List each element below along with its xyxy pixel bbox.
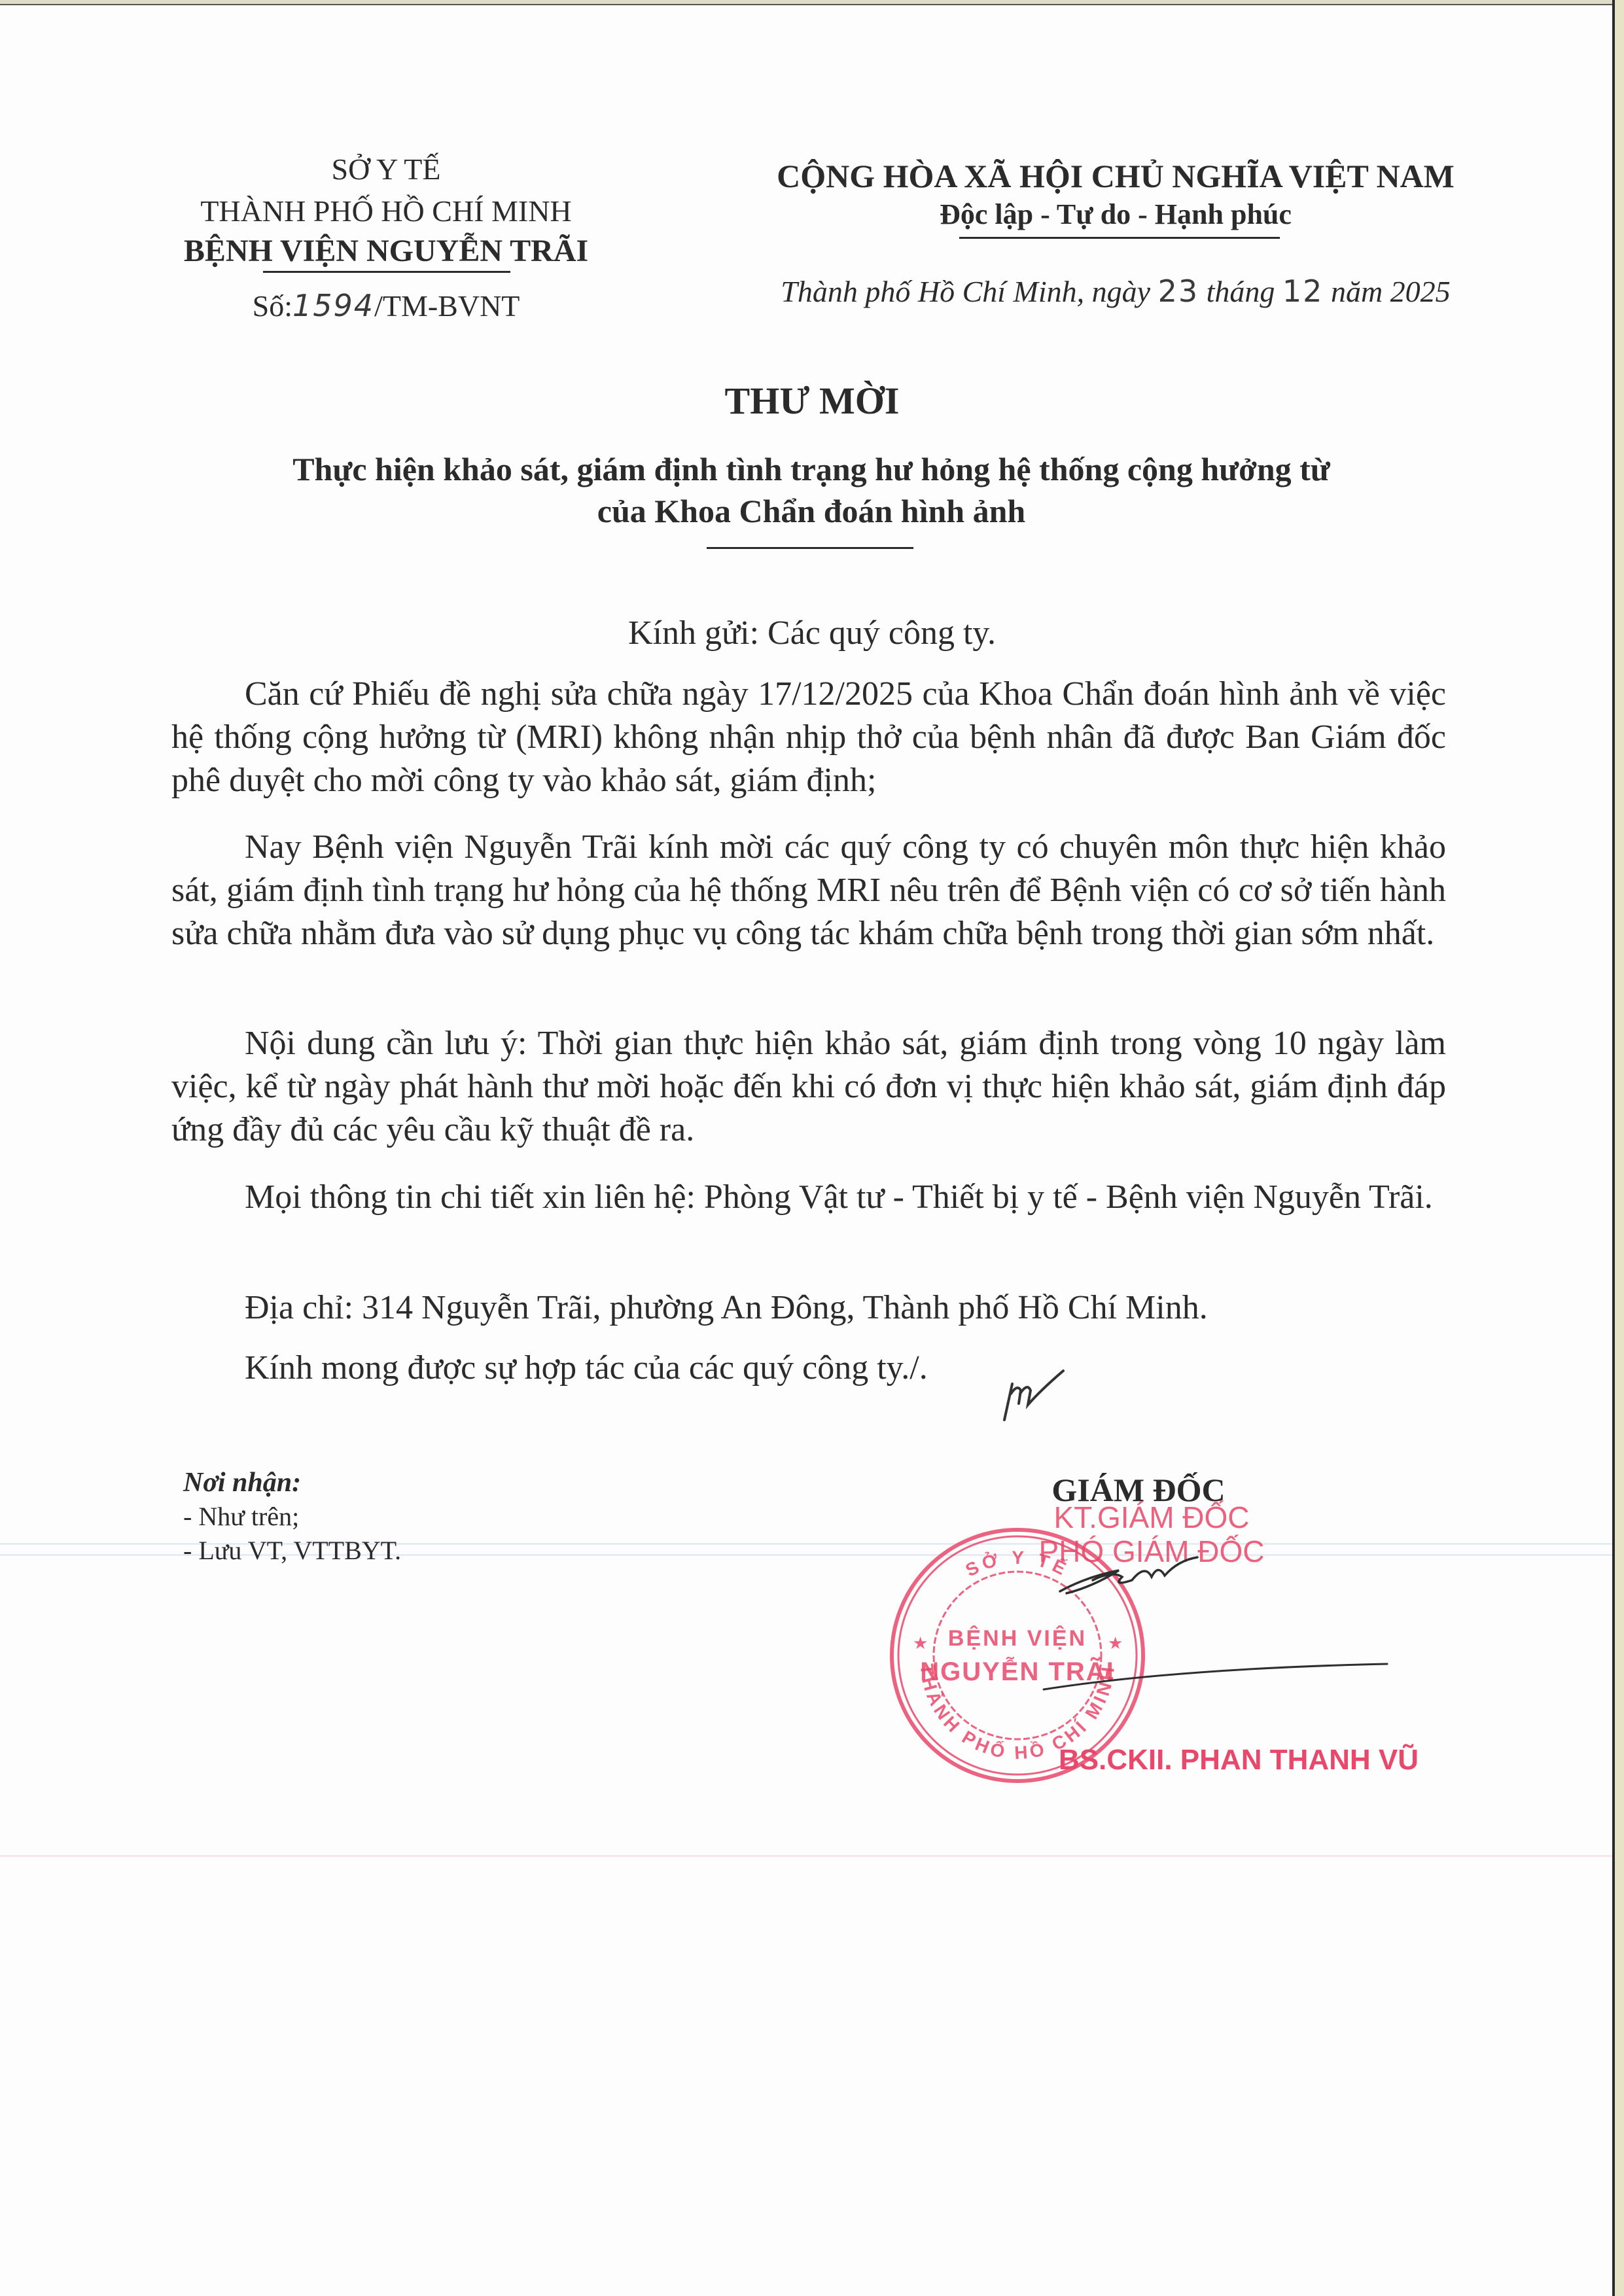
scan-band <box>0 1855 1612 1857</box>
organization-name: BỆNH VIỆN NGUYỄN TRÃI <box>157 236 615 267</box>
handwritten-signature <box>981 1551 1439 1721</box>
paragraph-text: Căn cứ Phiếu đề nghị sửa chữa ngày 17/12… <box>171 673 1446 802</box>
body-paragraph-1: Căn cứ Phiếu đề nghị sửa chữa ngày 17/12… <box>171 673 1446 802</box>
body-paragraph-2: Nay Bệnh viện Nguyễn Trãi kính mời các q… <box>171 826 1446 955</box>
recipients-block: Nơi nhận: - Như trên; - Lưu VT, VTTBYT. <box>183 1466 401 1568</box>
agency-name: SỞ Y TẾ <box>157 154 615 185</box>
paragraph-text: Mọi thông tin chi tiết xin liên hệ: Phòn… <box>171 1176 1446 1219</box>
body-paragraph-4: Mọi thông tin chi tiết xin liên hệ: Phòn… <box>171 1176 1446 1219</box>
document-title: THƯ MỜI <box>0 382 1624 420</box>
document-date: Thành phố Hồ Chí Minh, ngày 23 tháng 12 … <box>694 276 1538 307</box>
city-name: THÀNH PHỐ HỒ CHÍ MINH <box>157 196 615 226</box>
date-month-label: tháng <box>1207 275 1275 308</box>
paragraph-text: Nay Bệnh viện Nguyễn Trãi kính mời các q… <box>171 826 1446 955</box>
number-suffix: /TM-BVNT <box>374 289 520 323</box>
recipients-label: Nơi nhận: <box>183 1466 401 1500</box>
country-name: CỘNG HÒA XÃ HỘI CHỦ NGHĨA VIỆT NAM <box>694 160 1538 192</box>
subject-line-1: Thực hiện khảo sát, giám định tình trạng… <box>131 448 1492 490</box>
body-address: Địa chỉ: 314 Nguyễn Trãi, phường An Đông… <box>171 1286 1446 1330</box>
paragraph-text: Địa chỉ: 314 Nguyễn Trãi, phường An Đông… <box>171 1286 1446 1330</box>
recipient-item: - Như trên; <box>183 1500 401 1534</box>
scan-margin-strip <box>1615 0 1624 2296</box>
national-motto: Độc lập - Tự do - Hạnh phúc <box>694 200 1538 229</box>
motto-underline <box>959 237 1280 239</box>
signer-name: BS.CKII. PHAN THANH VŨ <box>1059 1746 1419 1775</box>
subject-line-2: của Khoa Chẩn đoán hình ảnh <box>131 490 1492 532</box>
body-paragraph-3: Nội dung cần lưu ý: Thời gian thực hiện … <box>171 1022 1446 1152</box>
number-prefix: Số: <box>253 289 292 323</box>
svg-text:★: ★ <box>913 1633 928 1653</box>
organization-underline <box>263 271 510 273</box>
scan-top-edge <box>0 0 1616 5</box>
date-month: 12 <box>1282 274 1324 309</box>
greeting: Kính gửi: Các quý công ty. <box>0 616 1624 650</box>
document-number: Số:1594/TM-BVNT <box>157 291 615 321</box>
date-year: năm 2025 <box>1331 275 1451 308</box>
date-day: 23 <box>1158 274 1199 309</box>
number-handwritten: 1594 <box>292 288 374 323</box>
recipient-item: - Lưu VT, VTTBYT. <box>183 1534 401 1568</box>
title-underline <box>707 547 913 549</box>
initials-mark <box>991 1358 1089 1423</box>
paragraph-text: Nội dung cần lưu ý: Thời gian thực hiện … <box>171 1022 1446 1152</box>
paragraph-text: Kính mong được sự hợp tác của các quý cô… <box>171 1347 1446 1390</box>
body-closing: Kính mong được sự hợp tác của các quý cô… <box>171 1347 1446 1390</box>
date-prefix: Thành phố Hồ Chí Minh, ngày <box>781 275 1150 308</box>
document-subject: Thực hiện khảo sát, giám định tình trạng… <box>131 448 1492 532</box>
